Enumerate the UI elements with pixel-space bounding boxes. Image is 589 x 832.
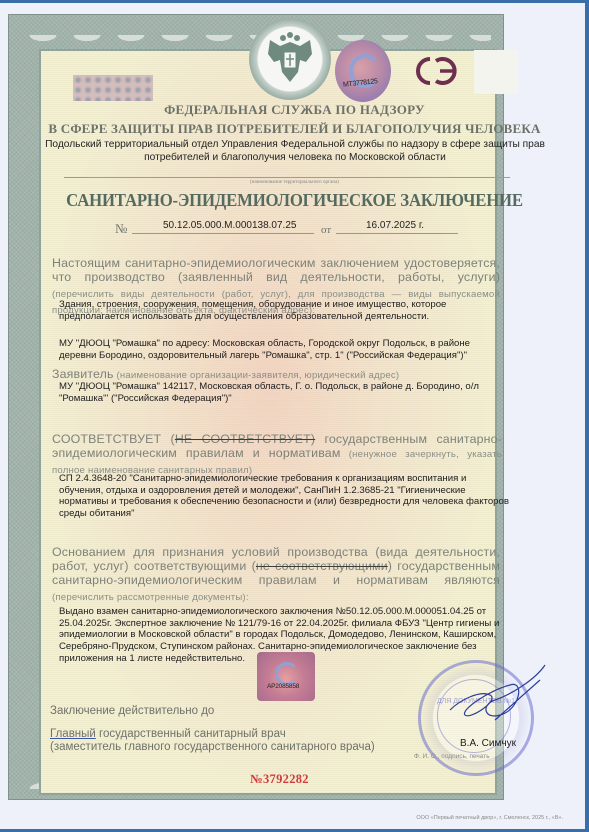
blank-white-field (474, 50, 518, 94)
conclusion-date: 16.07.2025 г. (366, 220, 424, 231)
conformity-statement: СООТВЕТСТВУЕТ (НЕ СООТВЕТСТВУЕТ) государ… (52, 432, 502, 478)
activity-description: Здания, строения, сооружения, помещения,… (59, 299, 509, 322)
chief-underlined: Главный (50, 728, 96, 740)
window-top-border (0, 0, 589, 3)
valid-until-label: Заключение действительно до (50, 705, 214, 717)
basis-statement: Основанием для признания условий произво… (52, 545, 500, 605)
hologram-number-2: АР2085858 (267, 683, 299, 690)
number-label: № (115, 221, 127, 237)
hologram-sticker: МТ3778125 (335, 40, 391, 102)
activity-intro-text: Настоящим санитарно-эпидемиологическим з… (52, 256, 500, 284)
document-title: САНИТАРНО-ЭПИДЕМИОЛОГИЧЕСКОЕ ЗАКЛЮЧЕНИЕ (21, 190, 569, 211)
organ-caption: (наименование территориального органа) (0, 180, 589, 185)
agency-title-line-1: ФЕДЕРАЛЬНАЯ СЛУЖБА ПО НАДЗОРУ (0, 102, 589, 118)
signature-caption: Ф. И. О., подпись, печать (414, 753, 490, 760)
date-from-label: от (321, 224, 331, 236)
russian-eagle-emblem-icon (249, 18, 331, 100)
conformity-status: СООТВЕТСТВУЕТ ( (52, 432, 175, 446)
chief-doctor-block: Главный государственный санитарный врач … (50, 728, 375, 754)
date-underline (336, 233, 458, 234)
applicant-title: Заявитель (52, 367, 114, 381)
serial-number: №3792282 (0, 772, 589, 787)
basis-struck: не соответствующими (256, 559, 388, 573)
number-underline (132, 233, 314, 234)
guilloche-pattern (73, 75, 153, 101)
applicant-label: Заявитель (наименование организации-заяв… (52, 367, 399, 382)
signature-icon (440, 660, 550, 750)
sanitary-rules: СП 2.4.3648-20 "Санитарно-эпидемиологиче… (59, 473, 509, 520)
applicant-value: МУ "ДЮОЦ "Ромашка" 142117, Московская об… (59, 381, 509, 404)
conformity-struck: НЕ СООТВЕТСТВУЕТ) (175, 432, 315, 446)
agency-title-line-2: В СФЕРЕ ЗАЩИТЫ ПРАВ ПОТРЕБИТЕЛЕЙ И БЛАГО… (0, 121, 589, 137)
applicant-hint: (наименование организации-заявителя, юри… (114, 370, 400, 381)
se-logo-icon (414, 55, 460, 87)
territorial-department: Подольский территориальный отдел Управле… (40, 139, 550, 164)
object-address: МУ "ДЮОЦ "Ромашка" по адресу: Московская… (59, 338, 509, 361)
conclusion-number: 50.12.05.000.М.000138.07.25 (163, 220, 296, 231)
serial-number-text: №3792282 (250, 772, 309, 786)
printer-imprint: ООО «Первый печатный двор», г. Смоленск,… (416, 815, 563, 821)
chief-title: государственный санитарный врач (96, 728, 286, 740)
deputy-title: (заместитель главного государственного с… (50, 741, 375, 753)
basis-hint: (перечислить рассмотренные документы): (52, 592, 249, 603)
organ-underline (64, 177, 510, 178)
hologram-sticker-2: АР2085858 (257, 652, 315, 701)
signer-name: В.А. Симчук (460, 738, 516, 749)
